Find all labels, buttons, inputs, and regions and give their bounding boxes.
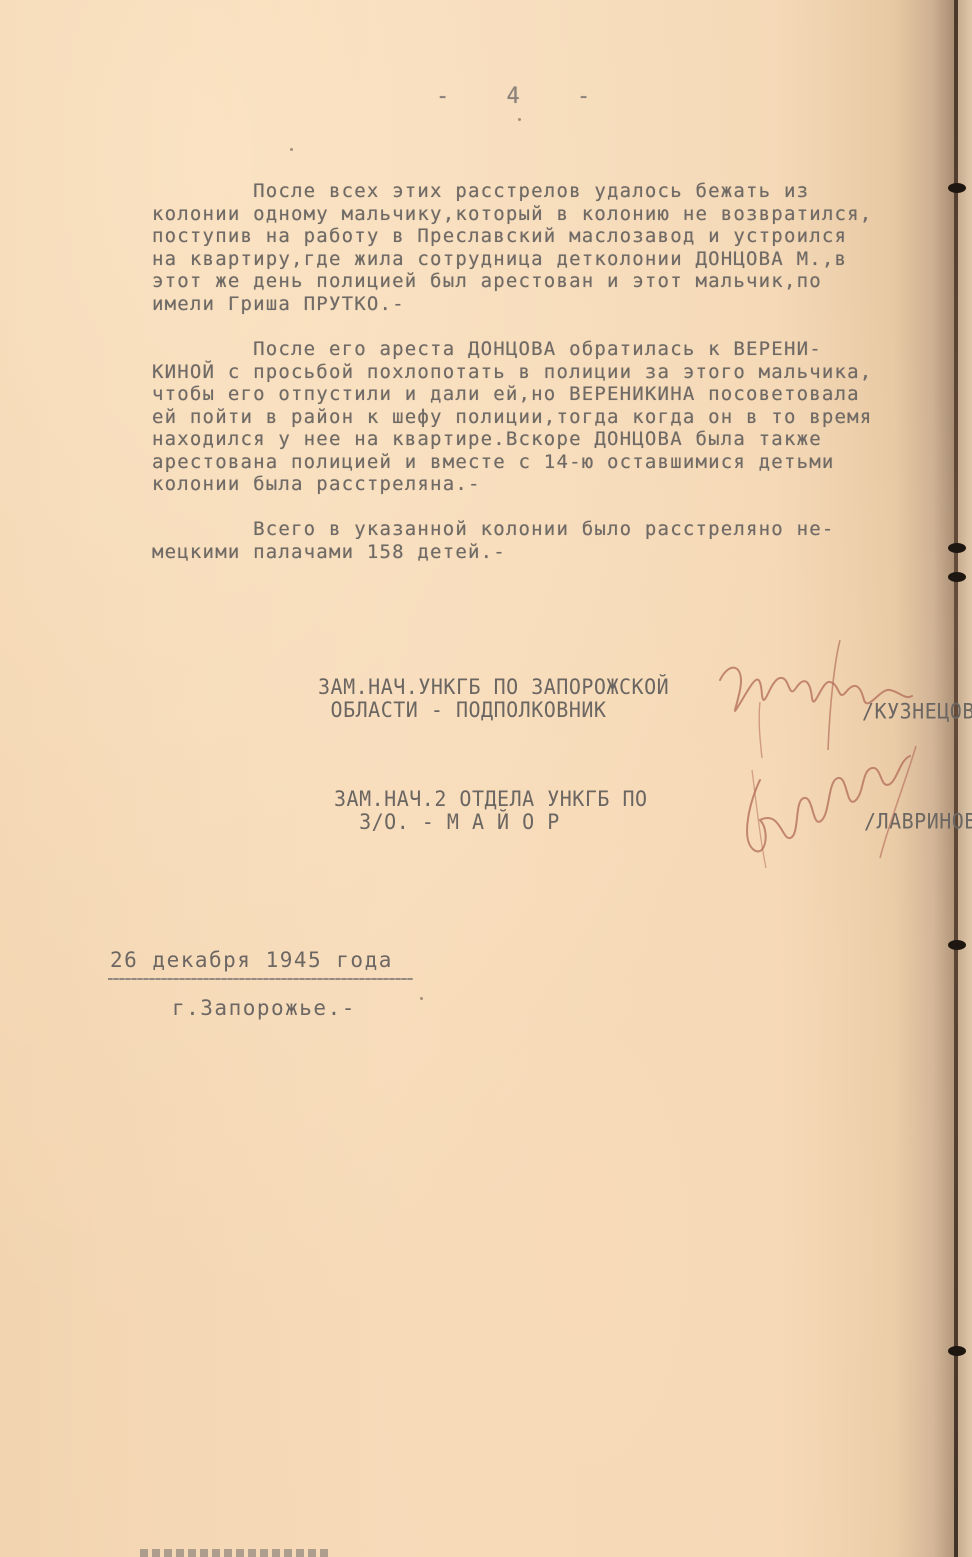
paper-speck <box>290 148 293 151</box>
binding-hole <box>948 1346 966 1356</box>
signature-title-line: ЗАМ.НАЧ.2 ОТДЕЛА УНКГБ ПО <box>334 786 648 811</box>
binding-edge <box>958 0 972 1557</box>
text-line: колонии одному мальчику,который в колони… <box>152 203 942 226</box>
next-page-text-fragment <box>140 1549 330 1557</box>
signature-title-line: ЗАМ.НАЧ.УНКГБ ПО ЗАПОРОЖСКОЙ <box>318 674 669 699</box>
binding-hole <box>948 543 966 553</box>
paper-speck <box>420 997 423 1000</box>
binding-shadow <box>954 0 958 1557</box>
text-line: После его ареста ДОНЦОВА обратилась к ВЕ… <box>152 338 942 361</box>
text-line: чтобы его отпустили и дали ей,но ВЕРЕНИК… <box>152 383 942 406</box>
signature-title-2: ЗАМ.НАЧ.2 ОТДЕЛА УНКГБ ПО З/О. - М А Й О… <box>334 787 648 833</box>
date-underline <box>108 978 413 980</box>
text-line: арестована полицией и вместе с 14-ю оста… <box>152 451 942 474</box>
signature-title-line: ОБЛАСТИ - ПОДПОЛКОВНИК <box>318 697 606 722</box>
text-line: мецкими палачами 158 детей.- <box>152 541 942 564</box>
signature-title-line: З/О. - М А Й О Р <box>334 809 560 834</box>
text-line: Всего в указанной колонии было расстреля… <box>152 518 942 541</box>
binding-hole <box>948 183 966 193</box>
paragraph-arrest: После его ареста ДОНЦОВА обратилась к ВЕ… <box>152 338 942 496</box>
document-city: г.Запорожье.- <box>172 996 356 1020</box>
paper-speck <box>518 118 521 121</box>
document-date: 26 декабря 1945 года <box>110 948 393 972</box>
binding-hole <box>948 572 966 582</box>
text-line: ей пойти в район к шефу полиции,тогда ко… <box>152 406 942 429</box>
text-line: колонии была расстреляна.- <box>152 473 942 496</box>
text-line: этот же день полицией был арестован и эт… <box>152 270 942 293</box>
text-line: После всех этих расстрелов удалось бежат… <box>152 180 942 203</box>
page-number: - 4 - <box>436 86 612 109</box>
signatory-name-1: /КУЗНЕЦОВ/ <box>862 699 972 722</box>
text-line: на квартиру,где жила сотрудница детколон… <box>152 248 942 271</box>
text-line: КИНОЙ с просьбой похлопотать в полиции з… <box>152 361 942 384</box>
text-line: имели Гриша ПРУТКО.- <box>152 293 942 316</box>
binding-hole <box>948 940 966 950</box>
signatory-name-2: /ЛАВРИНОВ/ <box>864 809 972 832</box>
signature-title-1: ЗАМ.НАЧ.УНКГБ ПО ЗАПОРОЖСКОЙ ОБЛАСТИ - П… <box>318 675 669 721</box>
text-line: поступив на работу в Преславский маслоза… <box>152 225 942 248</box>
text-line: находился у нее на квартире.Вскоре ДОНЦО… <box>152 428 942 451</box>
paragraph-escape: После всех этих расстрелов удалось бежат… <box>152 180 942 315</box>
paragraph-total: Всего в указанной колонии было расстреля… <box>152 518 942 563</box>
